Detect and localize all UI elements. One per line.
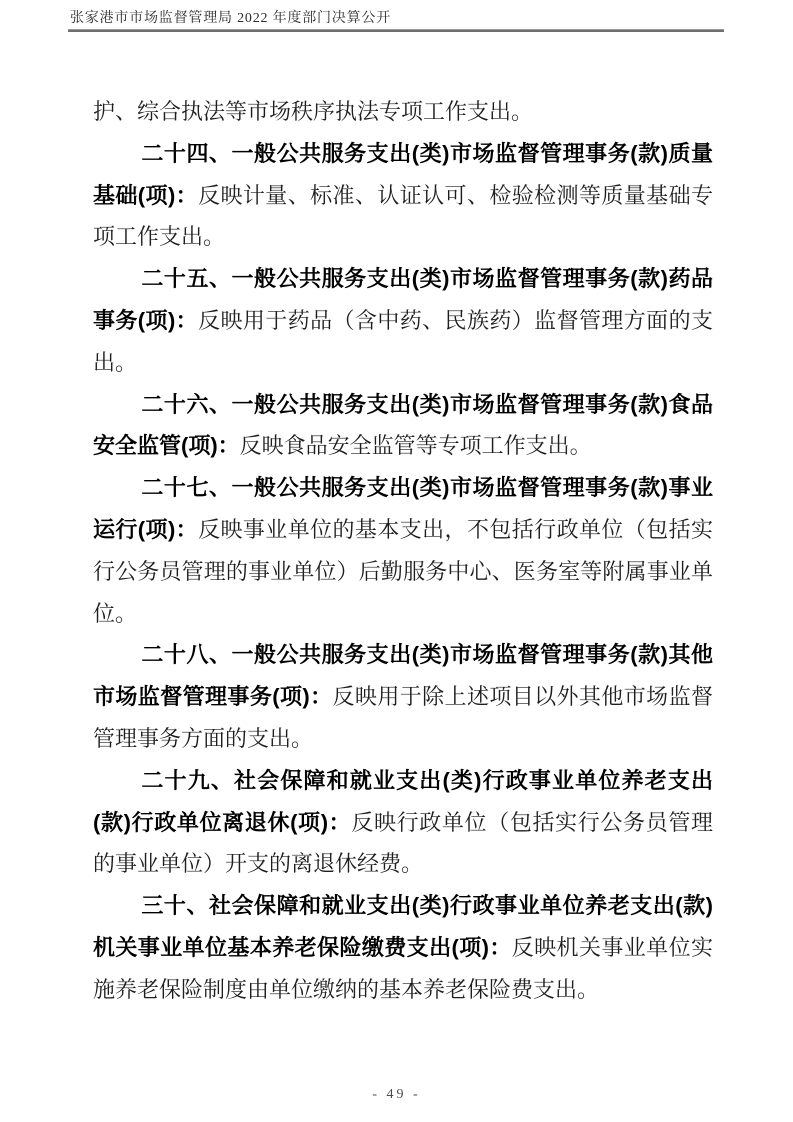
document-page: 张家港市市场监督管理局 2022 年度部门决算公开 护、综合执法等市场秩序执法专… xyxy=(0,0,793,1122)
paragraph: 二十五、一般公共服务支出(类)市场监督管理事务(款)药品事务(项)：反映用于药品… xyxy=(93,258,713,383)
paragraph: 护、综合执法等市场秩序执法专项工作支出。 xyxy=(93,91,713,133)
document-body: 护、综合执法等市场秩序执法专项工作支出。 二十四、一般公共服务支出(类)市场监督… xyxy=(93,91,713,1011)
page-footer: - 49 - xyxy=(0,1086,793,1104)
paragraph: 二十九、社会保障和就业支出(类)行政事业单位养老支出(款)行政单位离退休(项)：… xyxy=(93,760,713,885)
paragraph-text: 护、综合执法等市场秩序执法专项工作支出。 xyxy=(93,99,533,124)
paragraph-text: 反映食品安全监管等专项工作支出。 xyxy=(240,433,592,458)
paragraph: 二十六、一般公共服务支出(类)市场监督管理事务(款)食品安全监管(项)：反映食品… xyxy=(93,384,713,468)
paragraph: 三十、社会保障和就业支出(类)行政事业单位养老支出(款)机关事业单位基本养老保险… xyxy=(93,885,713,1010)
header-rule xyxy=(68,29,724,32)
page-number: - 49 - xyxy=(372,1087,420,1102)
paragraph: 二十四、一般公共服务支出(类)市场监督管理事务(款)质量基础(项)：反映计量、标… xyxy=(93,133,713,258)
paragraph: 二十八、一般公共服务支出(类)市场监督管理事务(款)其他市场监督管理事务(项)：… xyxy=(93,634,713,759)
paragraph: 二十七、一般公共服务支出(类)市场监督管理事务(款)事业运行(项)：反映事业单位… xyxy=(93,467,713,634)
header-title: 张家港市市场监督管理局 2022 年度部门决算公开 xyxy=(70,10,726,28)
